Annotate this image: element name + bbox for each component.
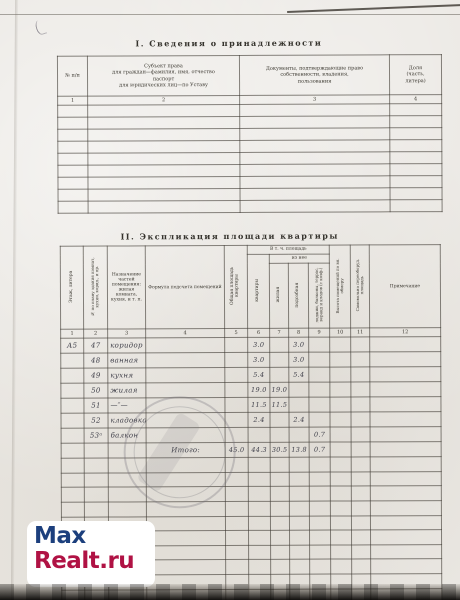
cell-height: [330, 337, 351, 352]
cell-flat: 19.0: [248, 382, 270, 397]
col-header-documents: Документы, подтверждающие право собствен…: [239, 55, 389, 96]
cell-plan-no: 47: [84, 338, 108, 353]
table-row: А5 47 коридор 3.0 3.0: [61, 337, 441, 354]
col-header-flat: квартиры: [247, 254, 269, 328]
cell-purpose: жилая: [108, 383, 146, 398]
document-content: I. Сведения о принадлежности № п/п Субъе…: [0, 0, 460, 600]
col-header-balcony: лоджии, балконы, террас, веранд и кладов…: [308, 263, 329, 328]
col-header-plan-no: № по плану здания комнат, кухни, корид.,…: [83, 246, 107, 329]
col-header-formula: Формула подсчета помещений: [145, 246, 224, 330]
cell-formula: [146, 338, 225, 353]
ownership-table-header-row: № п/п Субъект права для граждан—фамилия,…: [57, 55, 441, 97]
ownership-table: № п/п Субъект права для граждан—фамилия,…: [57, 54, 443, 214]
col-header-subject: Субъект права для граждан—фамилия, имя, …: [87, 55, 239, 96]
scanned-document-page: I. Сведения о принадлежности № п/п Субъе…: [0, 0, 460, 600]
totals-living: 30.5: [270, 442, 289, 457]
round-stamp: [123, 396, 235, 508]
cell-plan-no: 51: [84, 398, 108, 413]
table-row: 53ᵃ балкон 0.7: [61, 427, 441, 444]
totals-aux: 13.8: [289, 442, 309, 457]
cell-living: [270, 337, 289, 352]
cell-floor: [61, 383, 84, 398]
col-header-purpose: Назначение частей помещения: жилая комна…: [107, 246, 145, 329]
cell-flat: 5.4: [248, 367, 270, 382]
ownership-empty-rows: [58, 104, 442, 214]
cell-floor: [61, 428, 84, 443]
cell-floor: [61, 368, 84, 383]
col-group-incl-area: В т. ч. площадь: [247, 245, 329, 254]
cell-purpose: коридор: [108, 338, 146, 353]
cell-flat: 3.0: [248, 352, 270, 367]
empty-row: [61, 457, 441, 473]
cell-flat: [248, 427, 270, 442]
cell-aux: [289, 397, 309, 412]
cell-living: [270, 412, 289, 427]
section1-title: I. Сведения о принадлежности: [0, 37, 459, 49]
cell-flat: 11.5: [248, 397, 270, 412]
cell-aux: 2.4: [289, 412, 309, 427]
cell-balcony: [309, 367, 330, 382]
cell-balcony: 0.7: [309, 427, 330, 442]
cell-living: [270, 352, 289, 367]
table-row: 50 жилая 19.0 19.0: [61, 382, 441, 399]
totals-row: Итого: 45.0 44.3 30.5 13.8 0.7: [61, 442, 441, 459]
col-header-height: Высота помещений по вн. обмеру: [329, 245, 350, 328]
col-header-note: Примечание: [369, 245, 440, 328]
cell-living: 19.0: [270, 382, 289, 397]
cell-balcony: [309, 337, 330, 352]
cell-aux: [289, 382, 309, 397]
cell-balcony: [309, 352, 330, 367]
col-header-unauthorized: Самовольно переоборуд. площадь: [350, 245, 369, 328]
cell-purpose: ванная: [108, 353, 146, 368]
empty-row: [58, 200, 442, 214]
cell-aux: 3.0: [289, 352, 309, 367]
col-header-aux: подсобная: [288, 263, 308, 328]
cell-plan-no: 50: [84, 383, 108, 398]
table-row: 48 ванная 3.0 3.0: [61, 352, 441, 369]
cell-plan-no: 52: [84, 413, 108, 428]
col-header-floor: Этаж, литера: [60, 246, 83, 329]
section2-title: II. Экспликация площади квартиры: [0, 230, 460, 242]
cell-living: 11.5: [270, 397, 289, 412]
cell-plan-no: 48: [84, 353, 108, 368]
table-row: 52 кладовка 2.4 2.4: [61, 412, 441, 429]
watermark-line2: Realt.ru: [34, 549, 148, 574]
cell-living: [270, 427, 289, 442]
col-header-npp: № п/п: [57, 56, 87, 96]
cell-floor: [61, 413, 84, 428]
cell-floor: [61, 353, 84, 368]
cell-living: [270, 367, 289, 382]
col-header-living: жилая: [269, 263, 288, 328]
cell-aux: [289, 427, 309, 442]
cell-total-area: [225, 338, 248, 353]
maxrealt-watermark: Max Realt.ru: [27, 521, 155, 587]
col-group-of-it: из нее: [269, 254, 329, 263]
cell-floor: А5: [61, 338, 84, 353]
cell-balcony: [309, 412, 330, 427]
empty-row: [61, 471, 441, 487]
cell-aux: 3.0: [289, 337, 309, 352]
empty-row: [61, 501, 441, 517]
cell-plan-no: 53ᵃ: [84, 428, 108, 443]
cell-purpose: кухня: [108, 368, 146, 383]
totals-balcony: 0.7: [309, 442, 330, 457]
cell-flat: 3.0: [248, 337, 270, 352]
totals-flat: 44.3: [248, 442, 270, 457]
table-row: 51 —″— 11.5 11.5: [61, 397, 441, 414]
cell-aux: 5.4: [289, 367, 309, 382]
cell-note: [370, 337, 441, 352]
scan-bottom-edge: [0, 584, 460, 600]
cell-balcony: [309, 397, 330, 412]
empty-row: [61, 486, 441, 502]
cell-flat: 2.4: [248, 412, 270, 427]
cell-plan-no: 49: [84, 368, 108, 383]
cell-floor: [61, 398, 84, 413]
col-header-share: Доля (часть, литера): [389, 55, 441, 95]
cell-balcony: [309, 382, 330, 397]
cell-unauthorized: [351, 337, 370, 352]
table-row: 49 кухня 5.4 5.4: [61, 367, 441, 384]
col-header-total-area: Общая площадь квартиры: [224, 245, 247, 328]
watermark-line1: Max: [34, 524, 148, 549]
